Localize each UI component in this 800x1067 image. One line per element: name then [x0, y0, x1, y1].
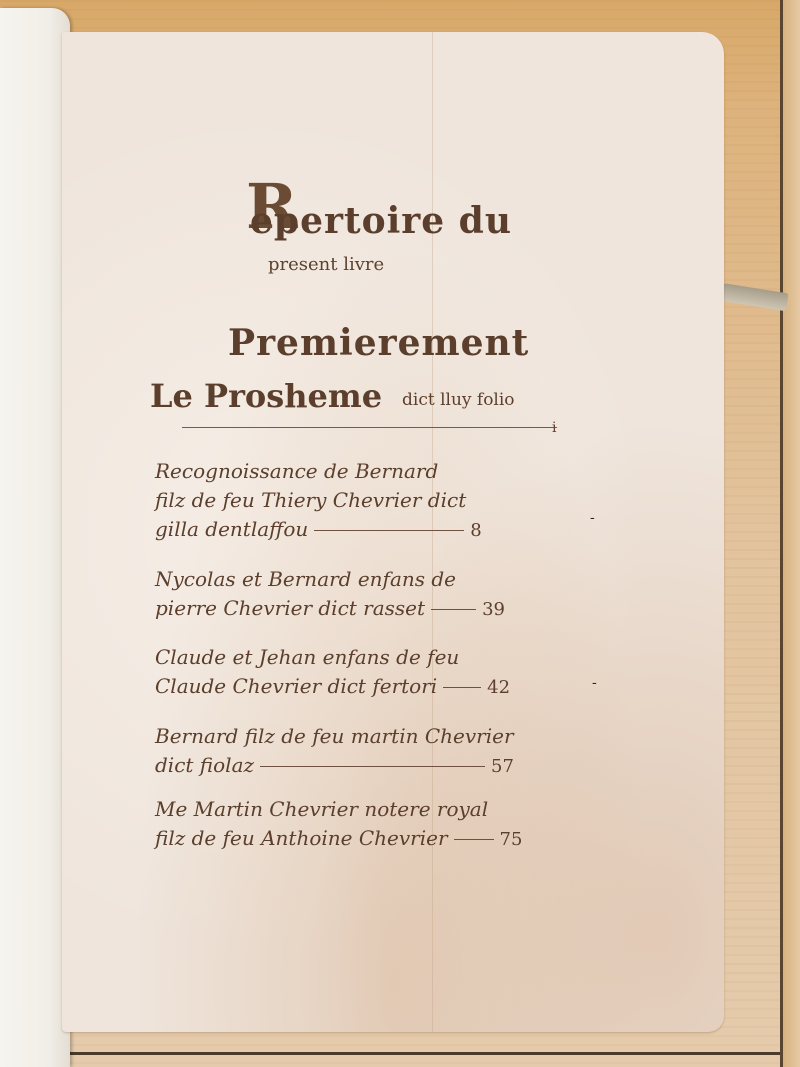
entry-line: Bernard filz de feu martin Chevrier	[155, 722, 514, 751]
leader-line	[454, 839, 494, 840]
entry-text: filz de feu Anthoine Chevrier	[155, 826, 448, 850]
folio-number: 8	[470, 520, 481, 541]
entry-line: filz de feu Thiery Chevrier dict	[155, 486, 482, 515]
folio-number: 42	[487, 677, 510, 698]
title-line-2: present livre	[268, 254, 384, 275]
entry-text: Claude Chevrier dict fertori	[155, 674, 437, 698]
facing-blank-leaf	[0, 8, 70, 1067]
entry-text: pierre Chevrier dict rasset	[155, 596, 425, 620]
folio-number: 57	[491, 756, 514, 777]
table-right-edge	[783, 0, 800, 1067]
entry-text: gilla dentlaffou	[155, 517, 308, 541]
subsection-note: dict lluy folio	[402, 390, 515, 410]
entry-line: Claude Chevrier dict fertori42	[155, 672, 510, 702]
entry-line: dict fiolaz57	[155, 751, 514, 781]
section-heading: Premierement	[228, 322, 529, 364]
index-entry: Bernard filz de feu martin Chevrier dict…	[155, 722, 514, 781]
entry-line: gilla dentlaffou8	[155, 515, 482, 545]
entry-line: Me Martin Chevrier notere royal	[155, 795, 522, 824]
index-entry: Nycolas et Bernard enfans de pierre Chev…	[155, 565, 505, 624]
folio-number: 39	[482, 599, 505, 620]
entry-line: Claude et Jehan enfans de feu	[155, 643, 510, 672]
margin-mark: -	[592, 675, 597, 691]
entry-text: dict fiolaz	[155, 753, 254, 777]
index-entry: Me Martin Chevrier notere royal filz de …	[155, 795, 522, 854]
leader-line	[431, 609, 476, 610]
entry-line: Recognoissance de Bernard	[155, 457, 482, 486]
index-entry: Recognoissance de Bernard filz de feu Th…	[155, 457, 482, 545]
table-bottom-seam	[40, 1052, 780, 1055]
subsection-heading: Le Prosheme	[150, 377, 382, 415]
heading-rule-end-mark: i	[552, 420, 556, 436]
heading-rule	[182, 427, 557, 428]
leader-line	[314, 530, 464, 531]
table-seam	[780, 0, 783, 1067]
leader-line	[443, 687, 481, 688]
entry-line: filz de feu Anthoine Chevrier75	[155, 824, 522, 854]
entry-line: pierre Chevrier dict rasset39	[155, 594, 505, 624]
leader-line	[260, 766, 485, 767]
entry-line: Nycolas et Bernard enfans de	[155, 565, 505, 594]
index-entry: Claude et Jehan enfans de feu Claude Che…	[155, 643, 510, 702]
title-line-1: epertoire du	[250, 200, 512, 242]
margin-mark: -	[590, 510, 595, 526]
folio-number: 75	[500, 829, 523, 850]
